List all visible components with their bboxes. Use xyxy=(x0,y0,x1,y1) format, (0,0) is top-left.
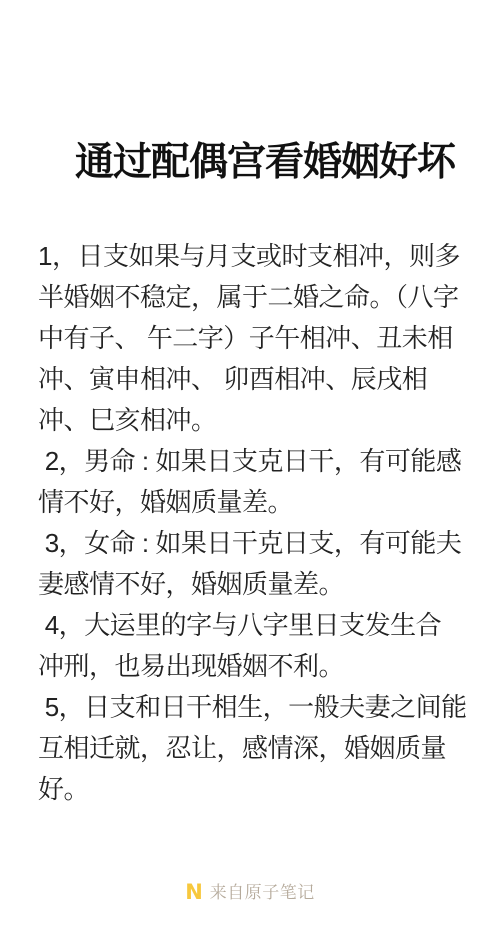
paragraph-3: 3，女命 : 如果日干克日支，有可能夫 妻感情不好，婚姻质量差。 xyxy=(38,523,476,605)
text-line: 冲、巳亥相冲。 xyxy=(38,400,476,441)
text-line: 冲、寅申相冲、 卯酉相冲、辰戌相 xyxy=(38,359,476,400)
text-line: 互相迁就，忍让，感情深，婚姻质量 xyxy=(38,728,476,769)
paragraph-2: 2，男命 : 如果日支克日干，有可能感 情不好，婚姻质量差。 xyxy=(38,441,476,523)
text-line: 冲刑，也易出现婚姻不利。 xyxy=(38,646,476,687)
text-line: 4，大运里的字与八字里日支发生合 xyxy=(38,605,476,646)
text-line: 3，女命 : 如果日干克日支，有可能夫 xyxy=(38,523,476,564)
atom-notes-logo-icon: N xyxy=(185,882,203,903)
page-title: 通过配偶宫看婚姻好坏 xyxy=(0,141,500,185)
text-line: 情不好，婚姻质量差。 xyxy=(38,482,476,523)
text-line: 半婚姻不稳定，属于二婚之命。（八字 xyxy=(38,277,476,318)
paragraph-5: 5，日支和日干相生，一般夫妻之间能 互相迁就，忍让，感情深，婚姻质量 好。 xyxy=(38,687,476,810)
watermark: N 来自原子笔记 xyxy=(0,882,500,903)
text-line: 2，男命 : 如果日支克日干，有可能感 xyxy=(38,441,476,482)
text-line: 好。 xyxy=(38,769,476,810)
watermark-text: 来自原子笔记 xyxy=(210,882,315,903)
paragraph-1: 1，日支如果与月支或时支相冲，则多 半婚姻不稳定，属于二婚之命。（八字 中有子、… xyxy=(38,236,476,441)
text-line: 妻感情不好，婚姻质量差。 xyxy=(38,564,476,605)
text-line: 中有子、 午二字）子午相冲、丑未相 xyxy=(38,318,476,359)
note-body: 1，日支如果与月支或时支相冲，则多 半婚姻不稳定，属于二婚之命。（八字 中有子、… xyxy=(38,236,476,810)
text-line: 5，日支和日干相生，一般夫妻之间能 xyxy=(38,687,476,728)
note-page: 通过配偶宫看婚姻好坏 1，日支如果与月支或时支相冲，则多 半婚姻不稳定，属于二婚… xyxy=(0,0,500,933)
paragraph-4: 4，大运里的字与八字里日支发生合 冲刑，也易出现婚姻不利。 xyxy=(38,605,476,687)
text-line: 1，日支如果与月支或时支相冲，则多 xyxy=(38,236,476,277)
